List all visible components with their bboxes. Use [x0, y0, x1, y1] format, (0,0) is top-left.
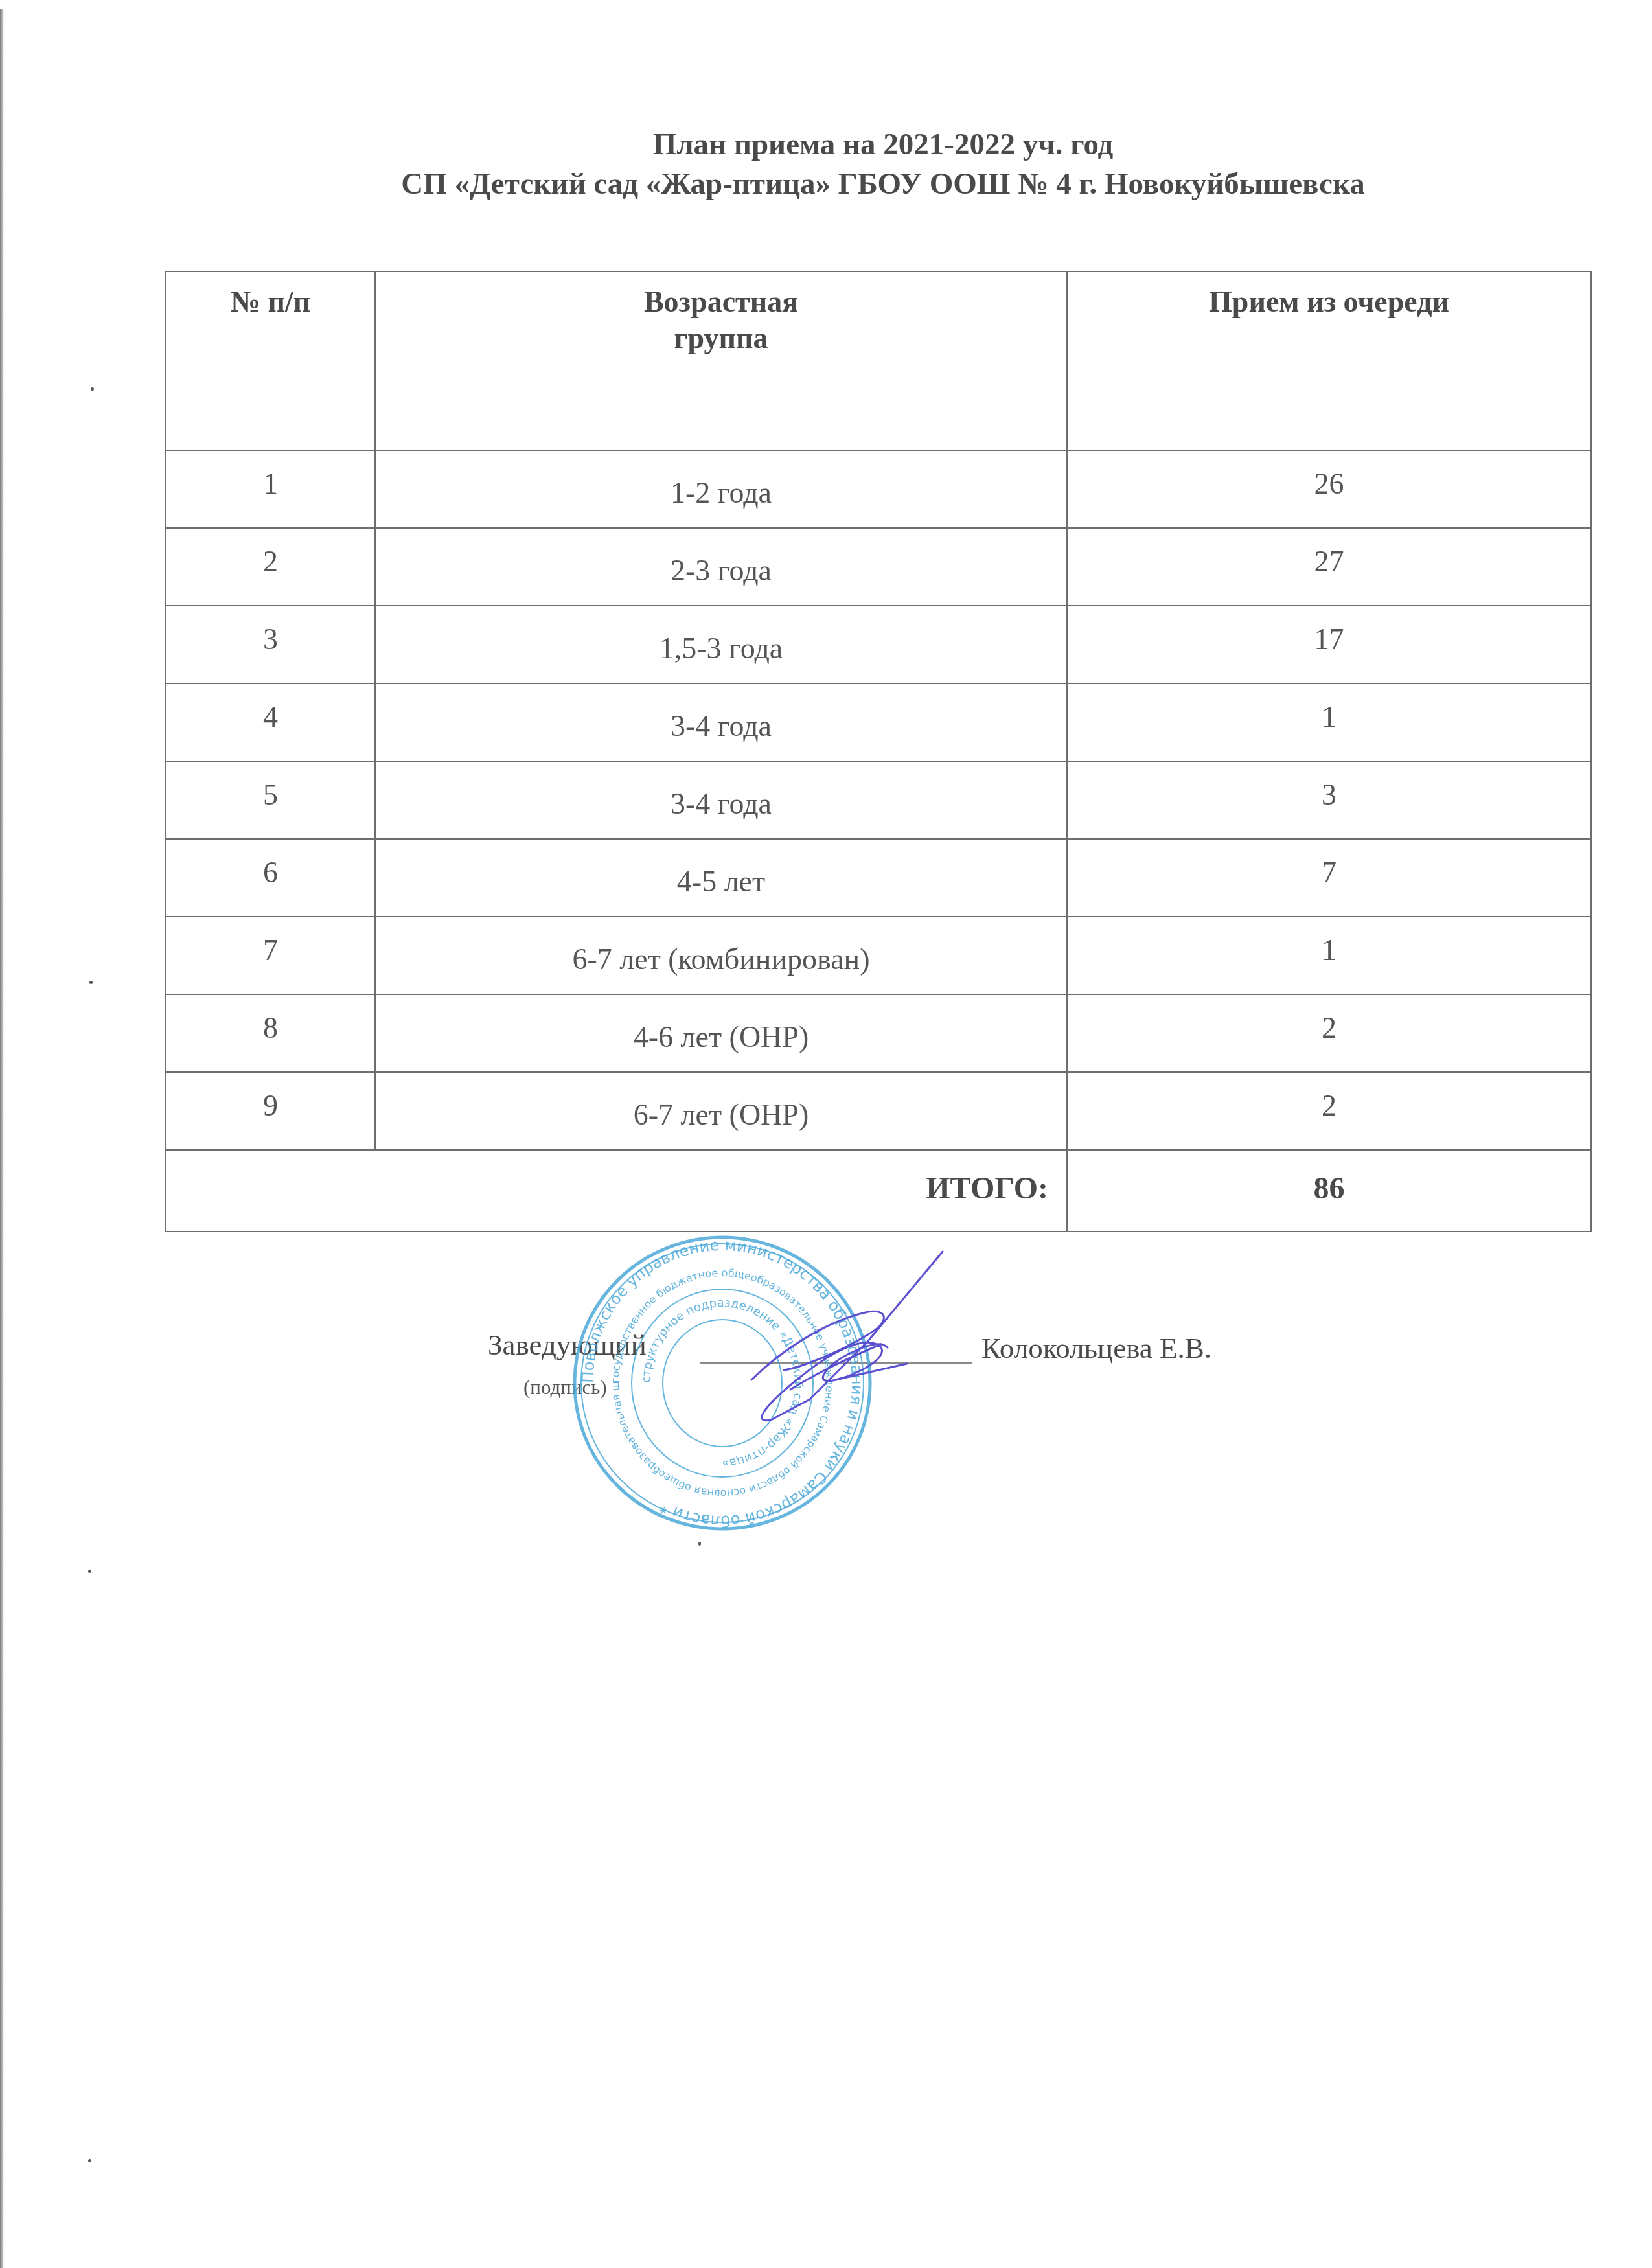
row-age-group: 2-3 года	[375, 528, 1067, 606]
table-row: 64-5 лет7	[166, 839, 1591, 917]
handwritten-signature-icon	[674, 1250, 946, 1425]
row-number: 4	[166, 683, 375, 761]
table-row: 22-3 года27	[166, 528, 1591, 606]
row-admission-count: 27	[1067, 528, 1591, 606]
row-number: 8	[166, 994, 375, 1072]
row-number: 5	[166, 761, 375, 839]
row-age-group: 1-2 года	[375, 450, 1067, 528]
header-number: № п/п	[166, 271, 375, 450]
row-number: 3	[166, 606, 375, 683]
header-age-group-line1: Возрастная	[376, 272, 1066, 320]
svg-text:государственное бюджетное обще: государственное бюджетное общеобразовате…	[570, 1234, 836, 1500]
scan-speck	[88, 1570, 91, 1573]
row-number: 9	[166, 1072, 375, 1150]
signature-line	[700, 1362, 972, 1364]
row-admission-count: 3	[1067, 761, 1591, 839]
row-age-group: 4-6 лет (ОНР)	[375, 994, 1067, 1072]
scan-edge-shadow	[0, 9, 4, 2268]
scan-speck	[89, 981, 93, 984]
total-label: ИТОГО:	[166, 1150, 1067, 1231]
header-admission: Прием из очереди	[1067, 271, 1591, 450]
table-total-row: ИТОГО: 86	[166, 1150, 1591, 1231]
row-admission-count: 17	[1067, 606, 1591, 683]
row-age-group: 6-7 лет (ОНР)	[375, 1072, 1067, 1150]
row-admission-count: 2	[1067, 1072, 1591, 1150]
scan-speck	[698, 1542, 701, 1546]
signature-hint: (подпись)	[523, 1376, 607, 1399]
row-age-group: 4-5 лет	[375, 839, 1067, 917]
scan-speck	[88, 2159, 91, 2162]
table-row: 43-4 года1	[166, 683, 1591, 761]
stamp-outer-ring	[575, 1237, 870, 1529]
row-admission-count: 1	[1067, 683, 1591, 761]
row-admission-count: 26	[1067, 450, 1591, 528]
row-age-group: 3-4 года	[375, 683, 1067, 761]
svg-text:Поволжское управление министер: Поволжское управление министерства образ…	[579, 1236, 866, 1530]
row-number: 6	[166, 839, 375, 917]
row-number: 7	[166, 917, 375, 994]
svg-text:структурное подразделение «Дет: структурное подразделение «Детский сад «…	[639, 1296, 805, 1470]
signatory-name: Колокольцева Е.В.	[981, 1331, 1211, 1365]
row-number: 1	[166, 450, 375, 528]
table-row: 31,5-3 года17	[166, 606, 1591, 683]
table-row: 53-4 года3	[166, 761, 1591, 839]
row-age-group: 1,5-3 года	[375, 606, 1067, 683]
row-admission-count: 7	[1067, 839, 1591, 917]
table-row: 11-2 года26	[166, 450, 1591, 528]
table-row: 84-6 лет (ОНР)2	[166, 994, 1591, 1072]
table-header-row: № п/п Возрастная группа Прием из очереди	[166, 271, 1591, 450]
row-age-group: 3-4 года	[375, 761, 1067, 839]
header-age-group-line2: группа	[376, 320, 1066, 356]
row-number: 2	[166, 528, 375, 606]
document-title: План приема на 2021-2022 уч. год	[57, 127, 1652, 162]
header-age-group: Возрастная группа	[375, 271, 1067, 450]
row-admission-count: 2	[1067, 994, 1591, 1072]
official-stamp-icon: Поволжское управление министерства образ…	[570, 1234, 875, 1532]
row-age-group: 6-7 лет (комбинирован)	[375, 917, 1067, 994]
admission-plan-table: № п/п Возрастная группа Прием из очереди…	[165, 271, 1592, 1232]
signatory-position: Заведующий	[488, 1328, 647, 1362]
table-row: 76-7 лет (комбинирован)1	[166, 917, 1591, 994]
document-subtitle: СП «Детский сад «Жар-птица» ГБОУ ООШ № 4…	[57, 166, 1652, 201]
scan-speck	[91, 387, 94, 391]
total-value: 86	[1067, 1150, 1591, 1231]
table-row: 96-7 лет (ОНР)2	[166, 1072, 1591, 1150]
row-admission-count: 1	[1067, 917, 1591, 994]
